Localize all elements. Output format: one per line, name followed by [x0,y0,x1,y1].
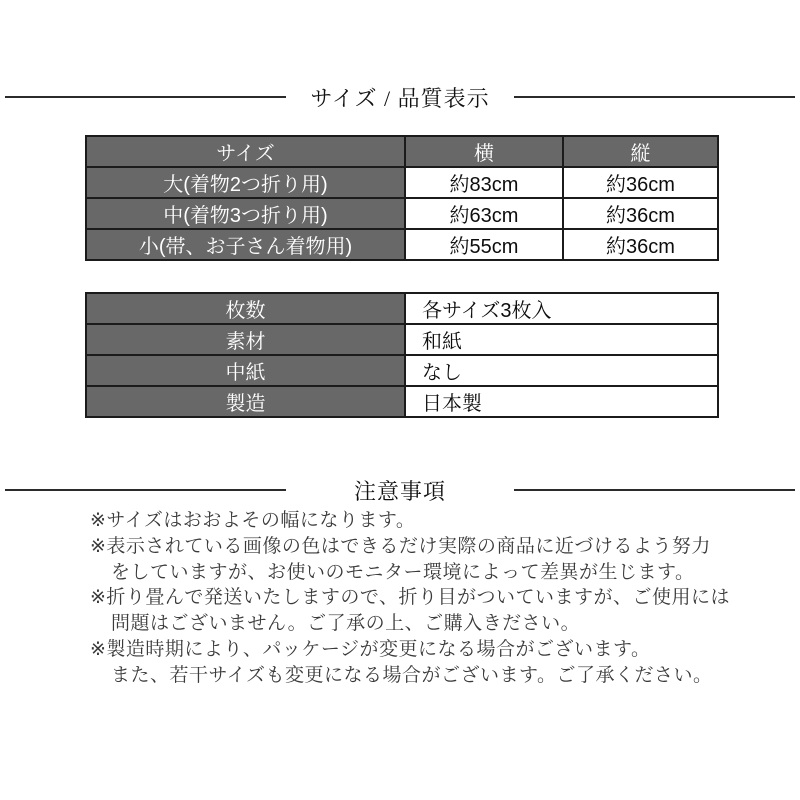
spec-row-value: なし [405,355,718,386]
divider-line-right [514,96,795,98]
table-row: 素材 和紙 [86,324,718,355]
divider-line-right [514,489,795,491]
table-row: 中紙 なし [86,355,718,386]
size-row-label: 小(帯、お子さん着物用) [86,229,405,260]
page-root: { "colors": { "table_header_bg": "#68686… [0,0,800,800]
size-row-label: 中(着物3つ折り用) [86,198,405,229]
note-line: ※表示されている画像の色はできるだけ実際の商品に近づけるよう努力 [90,534,718,560]
size-table-header-size: サイズ [86,136,405,167]
size-width-value: 約83cm [405,167,563,198]
spec-table: 枚数 各サイズ3枚入 素材 和紙 中紙 なし 製造 日本製 [85,292,719,418]
table-row: 小(帯、お子さん着物用) 約55cm 約36cm [86,229,718,260]
note-line: 問題はございません。ご了承の上、ご購入きださい。 [90,611,718,637]
spec-row-value: 各サイズ3枚入 [405,293,718,324]
note-line: また、若干サイズも変更になる場合がございます。ご了承ください。 [90,663,718,689]
spec-row-label: 素材 [86,324,405,355]
notice-title-text: 注意事項 [296,475,504,506]
size-quality-section-title: サイズ / 品質表示 [0,82,800,112]
note-line: をしていますが、お使いのモニター環境によって差異が生じます。 [90,560,718,586]
note-line: ※折り畳んで発送いたしますので、折り目がついていますが、ご使用には [90,585,718,611]
table-row: 中(着物3つ折り用) 約63cm 約36cm [86,198,718,229]
spec-row-label: 中紙 [86,355,405,386]
size-table-header-width: 横 [405,136,563,167]
divider-line-left [5,96,286,98]
size-height-value: 約36cm [563,229,718,260]
note-line: ※サイズはおおよその幅になります。 [90,508,718,534]
size-row-label: 大(着物2つ折り用) [86,167,405,198]
table-row: 製造 日本製 [86,386,718,417]
spec-row-label: 枚数 [86,293,405,324]
table-row: 枚数 各サイズ3枚入 [86,293,718,324]
size-table-header-height: 縦 [563,136,718,167]
size-height-value: 約36cm [563,167,718,198]
spec-row-value: 和紙 [405,324,718,355]
size-table-header-row: サイズ 横 縦 [86,136,718,167]
size-table: サイズ 横 縦 大(着物2つ折り用) 約83cm 約36cm 中(着物3つ折り用… [85,135,719,261]
size-width-value: 約55cm [405,229,563,260]
divider-line-left [5,489,286,491]
size-quality-title-text: サイズ / 品質表示 [296,82,504,113]
notice-section-title: 注意事項 [0,475,800,505]
size-width-value: 約63cm [405,198,563,229]
notes-list: ※サイズはおおよその幅になります。 ※表示されている画像の色はできるだけ実際の商… [90,508,718,689]
spec-row-value: 日本製 [405,386,718,417]
size-height-value: 約36cm [563,198,718,229]
note-line: ※製造時期により、パッケージが変更になる場合がございます。 [90,637,718,663]
spec-row-label: 製造 [86,386,405,417]
table-row: 大(着物2つ折り用) 約83cm 約36cm [86,167,718,198]
